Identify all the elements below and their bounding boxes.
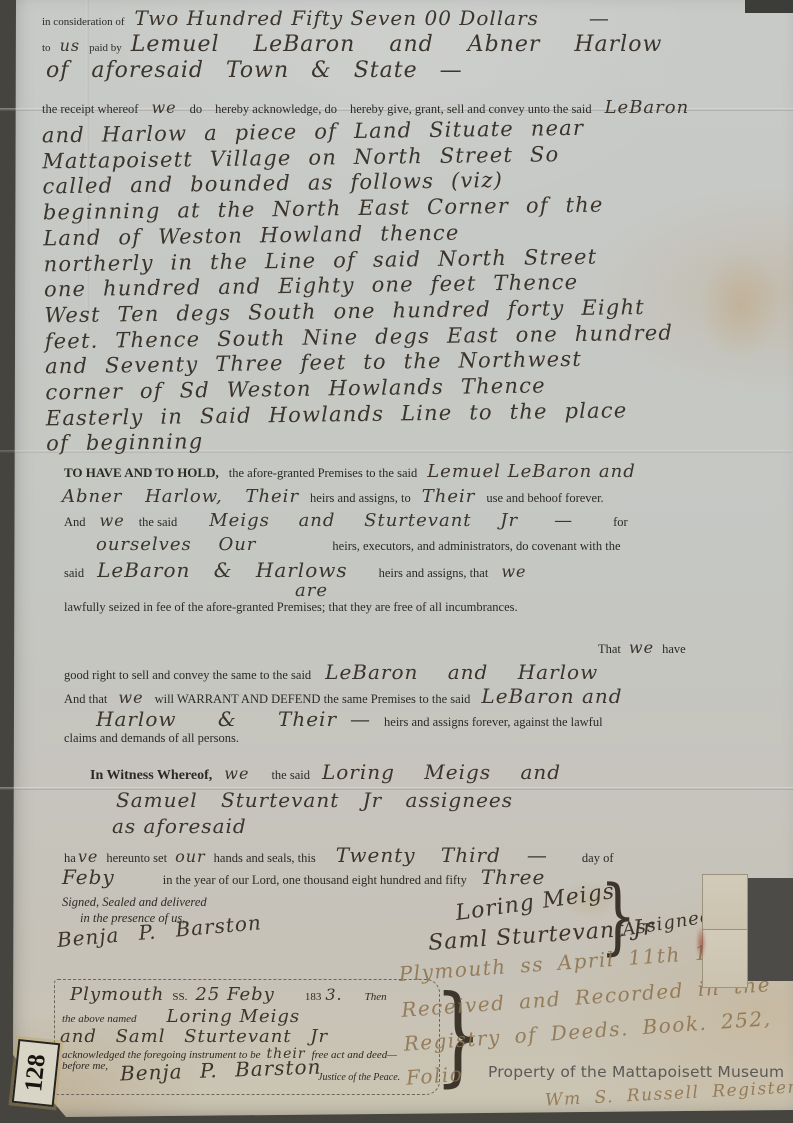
printed-text: hereby acknowledge, do (215, 102, 337, 117)
deed-scan: in consideration of Two Hundred Fifty Se… (0, 0, 793, 1123)
printed-text: Signed, Sealed and delivered (62, 895, 207, 910)
printed-text: And (64, 515, 86, 530)
covenant-line-4: Harlow & Their — heirs and assigns forev… (96, 707, 603, 731)
printed-text: good right to sell and convey the same t… (64, 668, 311, 683)
printed-text: the said (271, 768, 310, 783)
handwritten-grantee: Lemuel LeBaron and (427, 461, 636, 482)
ack-line-1: Plymouth SS. 25 Feby 183 3. Then (70, 984, 387, 1005)
habendum-line-3: And we the said Meigs and Sturtevant Jr … (64, 510, 628, 531)
ack-line-5: before me, (62, 1060, 108, 1072)
printed-text: hereunto set (106, 851, 167, 866)
covenant-line-1: That we have (598, 638, 686, 657)
handwritten-are: are (295, 580, 328, 601)
handwritten-we: we (629, 638, 654, 657)
handwritten-residence: of aforesaid Town & State — (46, 58, 463, 83)
printed-text: That (598, 642, 621, 657)
handwritten-our: our (175, 847, 206, 866)
printed-text: in the year of our Lord, one thousand ei… (163, 873, 467, 888)
habendum-line-6: are (295, 580, 328, 601)
handwritten-grantees: LeBaron and Harlow (325, 660, 598, 684)
handwritten-grantee: Abner Harlow, Their (62, 486, 299, 507)
consideration-line: in consideration of Two Hundred Fifty Se… (42, 6, 610, 30)
habendum-line-1: TO HAVE AND TO HOLD, the afore-granted P… (64, 461, 636, 482)
ack-line-2: the above named Loring Meigs (62, 1006, 300, 1027)
printed-text: in consideration of (42, 16, 124, 28)
handwritten-dash: — (589, 6, 610, 30)
handwritten-we: we (100, 511, 125, 530)
printed-text: for (613, 515, 628, 530)
land-description: and Harlow a piece of Land Situate near … (42, 115, 675, 458)
handwritten-grantors: Loring Meigs and (322, 760, 561, 784)
handwritten-we: we (151, 98, 176, 117)
printed-text: do (190, 102, 203, 117)
handwritten-dash: — (554, 510, 573, 531)
printed-text: heirs, executors, and administrators, do… (332, 539, 620, 554)
printed-text: the receipt whereof (42, 102, 138, 117)
handwritten-aforesaid: as aforesaid (112, 814, 247, 838)
paper-notch (742, 878, 793, 981)
printed-text: Then (365, 991, 387, 1003)
repair-patch (702, 874, 748, 930)
handwritten-grantees: LeBaron & Harlows (97, 558, 347, 582)
printed-text: hereby give, grant, sell and convey unto… (350, 102, 592, 117)
archive-sticker: 128 (12, 1039, 60, 1107)
handwritten-grantees: Lemuel LeBaron and Abner Harlow (131, 32, 663, 57)
witness-clause-line-3: as aforesaid (112, 814, 247, 838)
justice-title: Justice of the Peace. (318, 1072, 400, 1083)
habendum-line-5: said LeBaron & Harlows heirs and assigns… (64, 558, 527, 582)
handwritten-name: and Saml Sturtevant Jr (60, 1026, 328, 1047)
handwritten-we: we (224, 764, 249, 783)
printed-text: the above named (62, 1013, 137, 1025)
habendum-line-4: ourselves Our heirs, executors, and admi… (96, 534, 621, 555)
printed-text: SS. (172, 991, 187, 1003)
residence-line: of aforesaid Town & State — (46, 58, 463, 83)
printed-text: paid by (89, 42, 122, 54)
printed-text: have (662, 642, 686, 657)
printed-text: to (42, 42, 51, 54)
museum-watermark: Property of the Mattapoisett Museum (488, 1063, 784, 1081)
ack-line-3: and Saml Sturtevant Jr (60, 1026, 328, 1047)
paper-tear-top-right (745, 0, 793, 13)
handwritten-date: 25 Feby (195, 984, 274, 1005)
grantees-line: to us paid by Lemuel LeBaron and Abner H… (42, 32, 662, 57)
printed-text: said (64, 566, 84, 581)
printed-text: before me, (62, 1060, 108, 1072)
printed-text: And that (64, 692, 107, 707)
handwritten-day: Twenty Third (336, 843, 501, 867)
execution-line-1: ha ve hereunto set our hands and seals, … (64, 843, 613, 867)
handwritten-grantors: Meigs and Sturtevant Jr (209, 510, 518, 531)
witness-clause-line-2: Samuel Sturtevant Jr assignees (116, 788, 513, 812)
execution-line-2: Feby in the year of our Lord, one thousa… (62, 865, 545, 889)
printed-text: lawfully seized in fee of the afore-gran… (64, 600, 518, 615)
covenant-line-5: claims and demands of all persons. (64, 731, 239, 746)
witness-clause-line-1: In Witness Whereof, we the said Loring M… (90, 760, 561, 784)
printed-text: free act and deed— (312, 1049, 397, 1061)
printed-text: claims and demands of all persons. (64, 731, 239, 746)
printed-text: use and behoof forever. (486, 491, 603, 506)
printed-text: heirs and assigns, to (310, 491, 411, 506)
handwritten-dash: — (527, 843, 548, 867)
handwritten-grantees: LeBaron and (481, 684, 622, 708)
handwritten-grantees: Harlow & Their (96, 707, 337, 731)
handwritten-county: Plymouth (70, 984, 164, 1005)
handwritten-we: we (501, 562, 526, 581)
printed-text: heirs and assigns, that (379, 566, 489, 581)
printed-text: hands and seals, this (214, 851, 316, 866)
handwritten-amount: Two Hundred Fifty Seven 00 Dollars (134, 6, 538, 30)
habendum-line-2: Abner Harlow, Their heirs and assigns, t… (62, 486, 604, 507)
handwritten-month: Feby (62, 865, 115, 889)
handwritten-us: us (60, 36, 81, 55)
printed-text: heirs and assigns forever, against the l… (384, 715, 603, 730)
handwritten-ve: ve (78, 847, 99, 866)
handwritten-we: we (118, 688, 143, 707)
handwritten-year: Three (481, 865, 545, 889)
printed-text: ha (64, 851, 76, 866)
handwritten-grantors: Samuel Sturtevant Jr assignees (116, 788, 513, 812)
covenant-line-2: good right to sell and convey the same t… (64, 660, 598, 684)
repair-patch (702, 929, 748, 988)
handwritten-name: Loring Meigs (167, 1006, 301, 1027)
handwritten-their: Their (422, 486, 476, 507)
attestation-line-1: Signed, Sealed and delivered (62, 895, 207, 910)
red-ink-stain (696, 926, 706, 960)
handwritten-ourselves: ourselves Our (96, 534, 256, 555)
printed-text: day of (582, 851, 614, 866)
covenant-line-3: And that we will WARRANT AND DEFEND the … (64, 684, 623, 708)
printed-to-have-and-to-hold: TO HAVE AND TO HOLD, (64, 465, 219, 481)
printed-in-witness-whereof: In Witness Whereof, (90, 768, 212, 784)
habendum-line-7: lawfully seized in fee of the afore-gran… (64, 600, 518, 615)
printed-text: will WARRANT AND DEFEND the same Premise… (155, 692, 471, 707)
printed-text: Justice of the Peace. (318, 1072, 400, 1083)
handwritten-dash: — (350, 707, 371, 731)
printed-text: the said (139, 515, 178, 530)
printed-text: 183 (305, 991, 322, 1003)
handwritten-year: 3. (325, 985, 342, 1004)
archive-number: 128 (20, 1053, 52, 1093)
paper-stain (700, 250, 780, 360)
printed-text: the afore-granted Premises to the said (229, 466, 417, 481)
